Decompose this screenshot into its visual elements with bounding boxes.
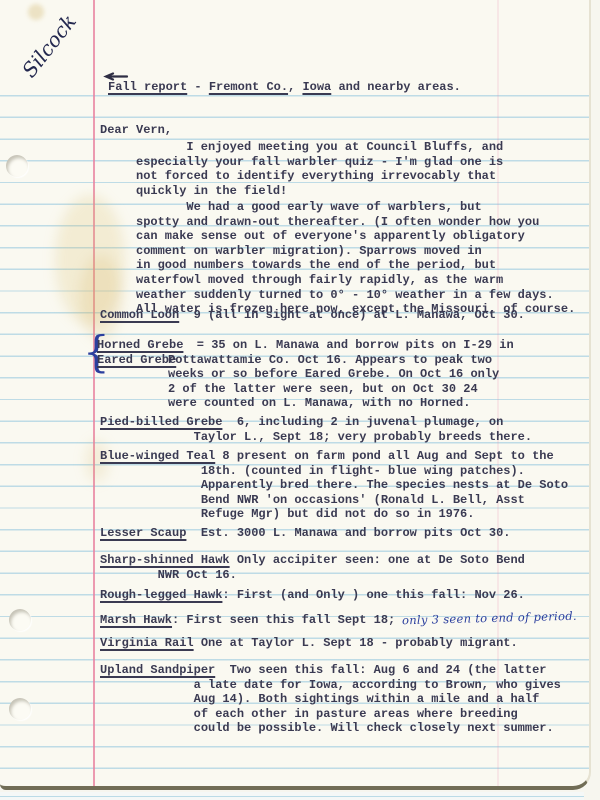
letter-page: Silcock Fall report - Fremont Co., Iowa … [0,0,591,790]
title-segment: - [187,80,209,94]
paper-stain [80,255,122,340]
paper-stain [85,440,109,482]
margin-line-bleed [497,0,499,786]
punch-hole [9,698,31,720]
margin-line [93,0,95,786]
salutation: Dear Vern, [100,123,172,138]
scanned-letter: Silcock Fall report - Fremont Co., Iowa … [0,0,600,800]
underlying-sheet-rule [0,796,584,797]
underlying-sheet [0,792,584,800]
title-segment: , [288,80,302,94]
handwritten-signature: Silcock [17,10,81,82]
report-title: Fall report - Fremont Co., Iowa and near… [108,80,461,95]
title-segment: Fall report [108,80,187,94]
title-segment: Fremont Co. [209,80,288,94]
punch-hole [9,609,31,631]
title-segment: Iowa [302,80,331,94]
punch-hole [6,155,28,177]
paper-stain [28,4,44,20]
title-segment: and nearby areas. [331,80,461,94]
